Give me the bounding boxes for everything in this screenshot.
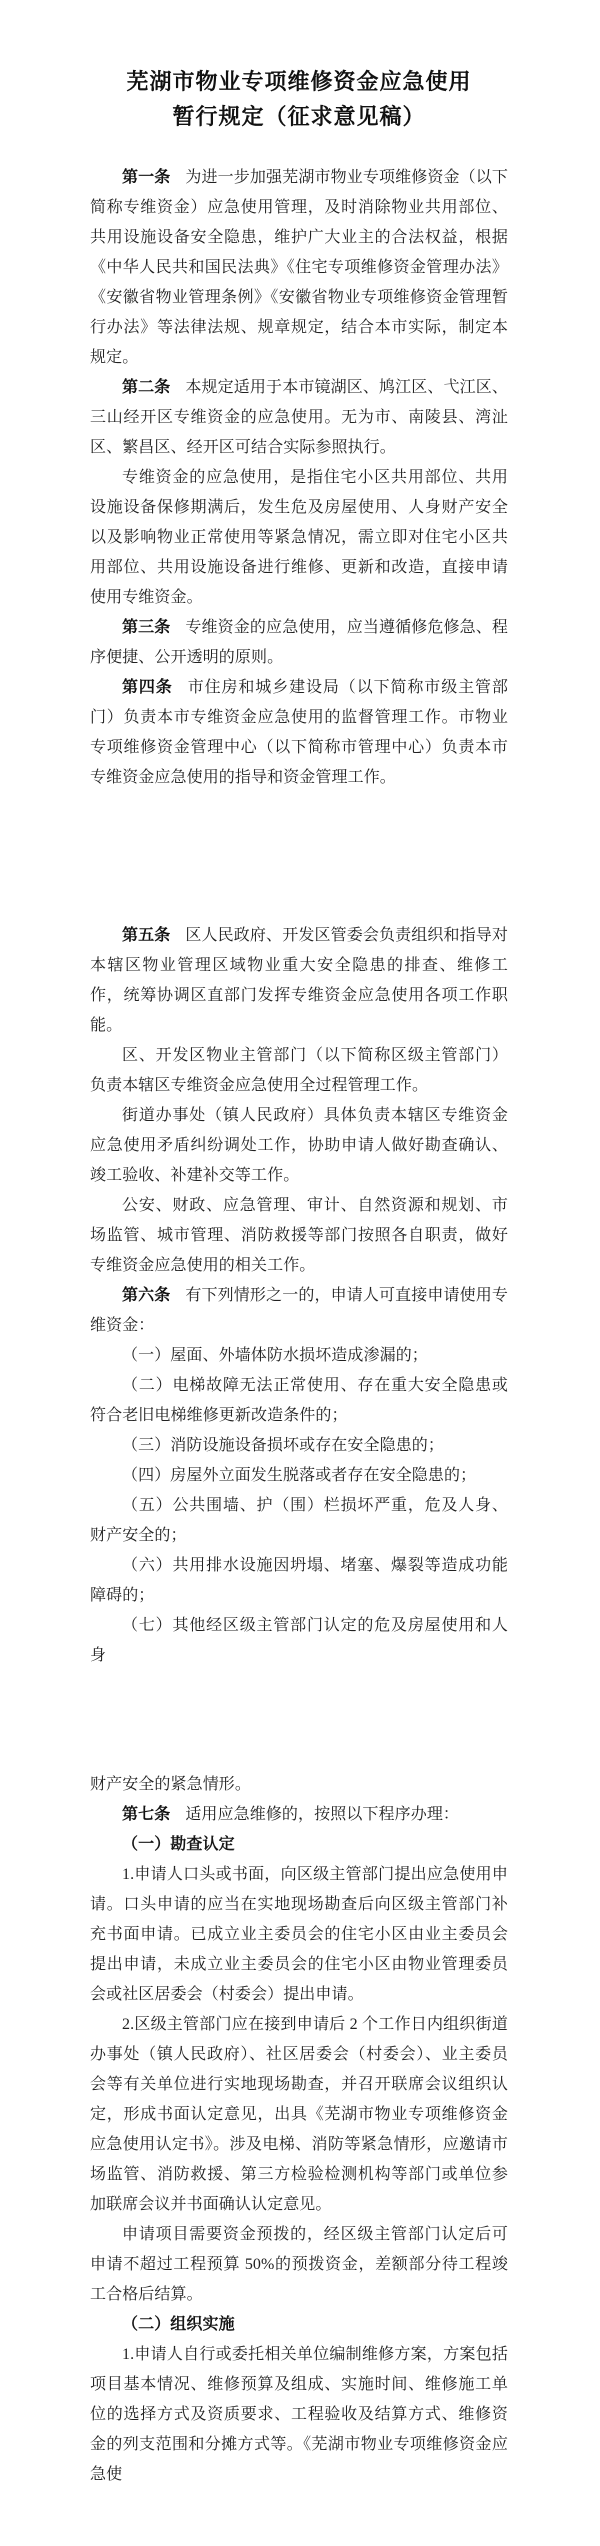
page-1: 芜湖市物业专项维修资金应急使用 暂行规定（征求意见稿） 第一条为进一步加强芜湖市… <box>0 0 600 851</box>
paragraph-text: （二）组织实施 <box>122 2316 235 2333</box>
paragraph-text: 区、开发区物业主管部门（以下简称区级主管部门）负责本辖区专维资金应急使用全过程管… <box>90 1047 508 1094</box>
paragraph: 专维资金的应急使用，是指住宅小区共用部位、共用设施设备保修期满后，发生危及房屋使… <box>90 463 508 613</box>
paragraph-text: （一）勘查认定 <box>122 1836 235 1853</box>
article-paragraph: 第四条市住房和城乡建设局（以下简称市级主管部门）负责本市专维资金应急使用的监督管… <box>90 673 508 793</box>
paragraph: 街道办事处（镇人民政府）具体负责本辖区专维资金应急使用矛盾纠纷调处工作，协助申请… <box>90 1101 508 1191</box>
paragraph: （三）消防设施设备损坏或存在安全隐患的； <box>90 1431 508 1461</box>
paragraph-text: （三）消防设施设备损坏或存在安全隐患的； <box>122 1437 444 1454</box>
article-number: 第六条 <box>122 1287 170 1304</box>
paragraph-text: （五）公共围墙、护（围）栏损坏严重，危及人身、财产安全的； <box>90 1497 508 1544</box>
paragraph: 1.申请人口头或书面，向区级主管部门提出应急使用申请。口头申请的应当在实地现场勘… <box>90 1860 508 2010</box>
paragraph: 区、开发区物业主管部门（以下简称区级主管部门）负责本辖区专维资金应急使用全过程管… <box>90 1041 508 1101</box>
article-paragraph: 第三条专维资金的应急使用，应当遵循修危修急、程序便捷、公开透明的原则。 <box>90 613 508 673</box>
paragraph: 申请项目需要资金预拨的，经区级主管部门认定后可申请不超过工程预算 50%的预拨资… <box>90 2220 508 2310</box>
paragraph: （五）公共围墙、护（围）栏损坏严重，危及人身、财产安全的； <box>90 1491 508 1551</box>
article-number: 第三条 <box>122 619 170 636</box>
document-title-line2: 暂行规定（征求意见稿） <box>90 99 508 134</box>
article-paragraph: 第二条本规定适用于本市镜湖区、鸠江区、弋江区、三山经开区专维资金的应急使用。无为… <box>90 373 508 463</box>
paragraph-text: 为进一步加强芜湖市物业专项维修资金（以下简称专维资金）应急使用管理，及时消除物业… <box>90 169 508 366</box>
article-number: 第七条 <box>122 1806 170 1823</box>
article-number: 第四条 <box>122 679 173 696</box>
document-title-line1: 芜湖市物业专项维修资金应急使用 <box>90 64 508 99</box>
paragraph: （七）其他经区级主管部门认定的危及房屋使用和人身 <box>90 1611 508 1671</box>
paragraph-text: 街道办事处（镇人民政府）具体负责本辖区专维资金应急使用矛盾纠纷调处工作，协助申请… <box>90 1107 508 1184</box>
article-number: 第二条 <box>122 379 170 396</box>
page-3: 财产安全的紧急情形。第七条适用应急维修的，按照以下程序办理：（一）勘查认定1.申… <box>0 1702 600 2546</box>
paragraph: （四）房屋外立面发生脱落或者存在安全隐患的； <box>90 1461 508 1491</box>
paragraph-text: （七）其他经区级主管部门认定的危及房屋使用和人身 <box>90 1617 508 1664</box>
paragraph: 公安、财政、应急管理、审计、自然资源和规划、市场监管、城市管理、消防救援等部门按… <box>90 1191 508 1281</box>
paragraph-text: 专维资金的应急使用，是指住宅小区共用部位、共用设施设备保修期满后，发生危及房屋使… <box>90 469 508 606</box>
article-paragraph: 第六条有下列情形之一的，申请人可直接申请使用专维资金： <box>90 1281 508 1341</box>
paragraph: 2.区级主管部门应在接到申请后 2 个工作日内组织街道办事处（镇人民政府）、社区… <box>90 2010 508 2220</box>
paragraph-text: 1.申请人自行或委托相关单位编制维修方案，方案包括项目基本情况、维修预算及组成、… <box>90 2346 508 2483</box>
article-number: 第五条 <box>122 927 170 944</box>
paragraph-text: （六）共用排水设施因坍塌、堵塞、爆裂等造成功能障碍的； <box>90 1557 508 1604</box>
paragraph-text: 1.申请人口头或书面，向区级主管部门提出应急使用申请。口头申请的应当在实地现场勘… <box>90 1866 508 2003</box>
document-title: 芜湖市物业专项维修资金应急使用 暂行规定（征求意见稿） <box>90 0 508 134</box>
paragraph: 1.申请人自行或委托相关单位编制维修方案，方案包括项目基本情况、维修预算及组成、… <box>90 2340 508 2490</box>
article-paragraph: 第一条为进一步加强芜湖市物业专项维修资金（以下简称专维资金）应急使用管理，及时消… <box>90 163 508 373</box>
document: 芜湖市物业专项维修资金应急使用 暂行规定（征求意见稿） 第一条为进一步加强芜湖市… <box>0 0 600 2546</box>
paragraph-text: （四）房屋外立面发生脱落或者存在安全隐患的； <box>122 1467 476 1484</box>
page-2: 第五条区人民政府、开发区管委会负责组织和指导对本辖区物业管理区域物业重大安全隐患… <box>0 851 600 1702</box>
article-number: 第一条 <box>122 169 170 186</box>
paragraph: （二）组织实施 <box>90 2310 508 2340</box>
paragraph: 财产安全的紧急情形。 <box>90 1770 508 1800</box>
paragraph-text: 适用应急维修的，按照以下程序办理： <box>185 1806 459 1823</box>
paragraph: （六）共用排水设施因坍塌、堵塞、爆裂等造成功能障碍的； <box>90 1551 508 1611</box>
paragraph-text: 2.区级主管部门应在接到申请后 2 个工作日内组织街道办事处（镇人民政府）、社区… <box>90 2016 508 2213</box>
article-paragraph: 第五条区人民政府、开发区管委会负责组织和指导对本辖区物业管理区域物业重大安全隐患… <box>90 921 508 1041</box>
paragraph-text: 财产安全的紧急情形。 <box>90 1776 251 1793</box>
paragraph: （二）电梯故障无法正常使用、存在重大安全隐患或符合老旧电梯维修更新改造条件的； <box>90 1371 508 1431</box>
paragraph-text: 公安、财政、应急管理、审计、自然资源和规划、市场监管、城市管理、消防救援等部门按… <box>90 1197 508 1274</box>
paragraph-text: 申请项目需要资金预拨的，经区级主管部门认定后可申请不超过工程预算 50%的预拨资… <box>90 2226 508 2303</box>
article-paragraph: 第七条适用应急维修的，按照以下程序办理： <box>90 1800 508 1830</box>
paragraph-text: （二）电梯故障无法正常使用、存在重大安全隐患或符合老旧电梯维修更新改造条件的； <box>90 1377 508 1424</box>
paragraph: （一）屋面、外墙体防水损坏造成渗漏的； <box>90 1341 508 1371</box>
paragraph: （一）勘查认定 <box>90 1830 508 1860</box>
paragraph-text: （一）屋面、外墙体防水损坏造成渗漏的； <box>122 1347 428 1364</box>
